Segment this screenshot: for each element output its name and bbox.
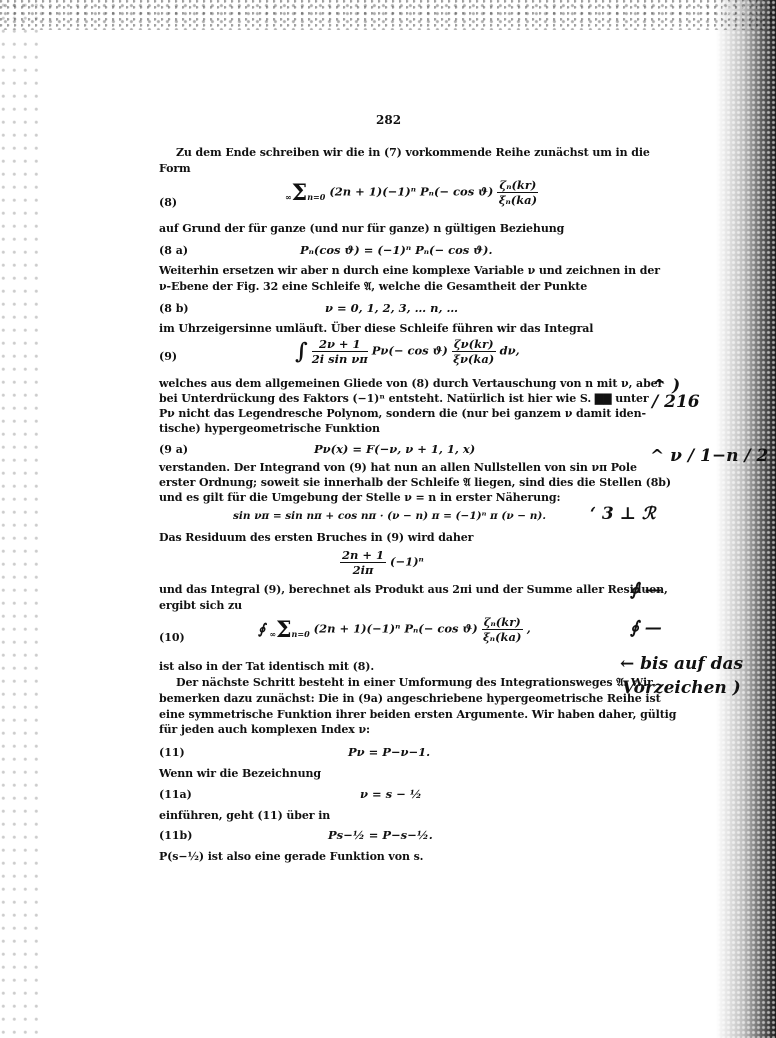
equation-label: (8 a) <box>159 244 188 257</box>
text-line: Pν nicht das Legendresche Polynom, sonde… <box>159 407 646 421</box>
equation-label: (10) <box>159 631 185 644</box>
text-line: eine symmetrische Funktion ihrer beiden … <box>159 708 676 722</box>
equation-11a: ν = s − ½ <box>360 787 422 801</box>
equation-label: (9 a) <box>159 443 188 456</box>
margin-note: ʻ 3 ⊥ ℛ <box>590 504 655 524</box>
text-line: erster Ordnung; soweit sie innerhalb der… <box>159 476 671 490</box>
text-line: Der nächste Schritt besteht in einer Umf… <box>176 676 653 690</box>
sum-symbol: ∞Σn=0 <box>269 620 309 640</box>
margin-note: ∮ — <box>630 618 662 638</box>
equation-label: (11) <box>159 746 185 759</box>
equation-label: (9) <box>159 350 177 363</box>
scan-noise-left <box>0 0 40 1038</box>
equation-11b: Ps−½ = P−s−½. <box>328 828 433 842</box>
contour-integral-symbol: ∮ <box>258 622 265 638</box>
equation-label: (11b) <box>159 829 192 842</box>
page-number: 282 <box>376 113 401 127</box>
text-line: ergibt sich zu <box>159 599 242 613</box>
text-line: und das Integral (9), berechnet als Prod… <box>159 583 668 597</box>
text-line: welches aus dem allgemeinen Gliede von (… <box>159 377 663 391</box>
equation-label: (11a) <box>159 788 192 801</box>
equation-label: (8) <box>159 196 177 209</box>
text-line: Form <box>159 162 191 176</box>
text-line: Wenn wir die Bezeichnung <box>159 767 321 781</box>
margin-note: / 216 <box>652 392 700 412</box>
text-line: Zu dem Ende schreiben wir die in (7) vor… <box>176 146 650 160</box>
integral-symbol: ∫ <box>295 339 308 365</box>
fraction: ζₙ(kr)ξₙ(ka) <box>497 178 538 207</box>
equation-8b: ν = 0, 1, 2, 3, … n, … <box>325 301 458 315</box>
scan-noise-top <box>0 0 776 30</box>
fraction: ζν(kr)ξν(ka) <box>452 337 496 366</box>
equation-9a: Pν(x) = F(−ν, ν + 1, 1, x) <box>314 442 475 456</box>
text-line: tische) hypergeometrische Funktion <box>159 422 380 436</box>
equation-11: Pν = P−ν−1. <box>348 745 430 759</box>
text-line: bemerken dazu zunächst: Die in (9a) ange… <box>159 692 661 706</box>
margin-note: ← bis auf das <box>620 654 743 674</box>
text-line: verstanden. Der Integrand von (9) hat nu… <box>159 461 637 475</box>
fraction: 2n + 12iπ <box>340 548 386 577</box>
scan-shadow-right <box>716 0 776 1038</box>
text-line: Das Residuum des ersten Bruches in (9) w… <box>159 531 473 545</box>
text-line: für jeden auch komplexen Index ν: <box>159 723 370 737</box>
equation-8a: Pₙ(cos ϑ) = (−1)ⁿ Pₙ(− cos ϑ). <box>300 243 493 257</box>
text-line: im Uhrzeigersinne umläuft. Über diese Sc… <box>159 322 593 336</box>
text-line: auf Grund der für ganze (und nur für gan… <box>159 222 564 236</box>
margin-note: Vorzeichen ) <box>622 678 741 698</box>
equation-sin: sin νπ = sin nπ + cos nπ · (ν − n) π = (… <box>233 510 546 522</box>
text-line: einführen, geht (11) über in <box>159 809 330 823</box>
sum-symbol: ∞Σn=0 <box>285 183 325 203</box>
text-line: Weiterhin ersetzen wir aber n durch eine… <box>159 264 660 278</box>
margin-note: ^ ν / 1−n / 2 <box>650 446 768 466</box>
text-line: ν-Ebene der Fig. 32 eine Schleife 𝔄, wel… <box>159 280 587 294</box>
equation-label: (8 b) <box>159 302 189 315</box>
fraction: 2ν + 12i sin νπ <box>312 337 368 366</box>
margin-note: ∮ — <box>630 580 662 600</box>
text-line: und es gilt für die Umgebung der Stelle … <box>159 491 560 505</box>
text-line: bei Unterdrückung des Faktors (−1)ⁿ ents… <box>159 392 649 406</box>
text-line: ist also in der Tat identisch mit (8). <box>159 660 374 674</box>
fraction: ζₙ(kr)ξₙ(ka) <box>482 615 523 644</box>
equation-residue: 2n + 12iπ (−1)ⁿ <box>340 548 424 577</box>
text-line: P(s−½) ist also eine gerade Funktion von… <box>159 850 423 864</box>
